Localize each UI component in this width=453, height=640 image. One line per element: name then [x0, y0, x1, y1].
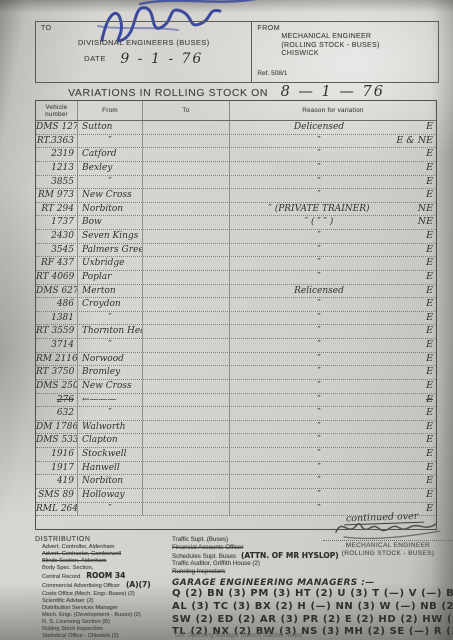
from-location: Walworth [78, 421, 143, 434]
reason-cell: ″ (PRIVATE TRAINER)NE [230, 203, 436, 216]
variation-code: E [426, 462, 433, 475]
table-row: DMS 627MertonRelicensedE [36, 285, 436, 299]
to-location [143, 407, 230, 420]
distribution-item-text: Blinds Section, Aldenham [42, 558, 107, 564]
variations-table: Vehicle number From To Reason for variat… [35, 100, 437, 530]
distribution-item: Commercial Advertising Officer(A)(7) [35, 581, 177, 590]
distribution-item: Statistical Office - Chiswick (2) [35, 633, 177, 640]
to-location [143, 298, 230, 311]
vehicle-number: DMS 533 [36, 434, 78, 447]
to-recipient: DIVISIONAL ENGINEERS (BUSES) [41, 38, 246, 47]
to-location [143, 135, 230, 148]
to-location [143, 189, 230, 202]
garage-codes-line: Q (2) BN (3) PM (3) HT (2) U (3) T (—) V… [172, 588, 453, 601]
reason-text: ″ [230, 325, 408, 338]
variation-code: E [426, 434, 433, 447]
variation-code: E [426, 230, 433, 243]
recipient-item-text: Schedules Supt. Buses [172, 553, 236, 560]
recipient-item-text: Running Inspectors [172, 568, 225, 575]
table-row: 1213Bexley″E [36, 162, 436, 176]
garage-managers-heading: GARAGE ENGINEERING MANAGERS :— [172, 578, 453, 588]
to-section: TO DIVISIONAL ENGINEERS (BUSES) DATE 9 -… [36, 22, 252, 82]
recipient-item-text: Traffic Supt. (Buses) [172, 536, 228, 543]
reason-cell: ″E [230, 475, 436, 488]
vehicle-number: 1917 [36, 462, 78, 475]
from-location: Bromley [78, 366, 143, 379]
from-location: ″ [78, 503, 143, 516]
reason-cell: ″E [230, 271, 436, 284]
reason-text: ″ [230, 489, 408, 502]
reason-cell: ″E [230, 148, 436, 161]
from-location: CHISWICK [281, 50, 433, 59]
to-label: TO [41, 25, 246, 32]
from-location: ″ [78, 312, 143, 325]
variation-code: E [426, 448, 433, 461]
reason-cell: ″E [230, 257, 436, 270]
distribution-item: Costs Office (Mech. Engr.-Buses) (2) [35, 591, 177, 598]
reason-cell: ″E [230, 230, 436, 243]
to-location [143, 489, 230, 502]
distribution-item-text: Rolling Stock Inspection [42, 626, 103, 632]
recipient-item: Traffic Auditor, Griffith House (2) [172, 560, 453, 568]
recipient-item-text: Financial Accounts Officer [172, 544, 243, 551]
handwritten-annotation: ROOM 34 [86, 571, 125, 580]
to-location [143, 271, 230, 284]
distribution-item-text: Advert. Controller, Aldenham [42, 544, 114, 550]
table-row: 1917Hanwell″E [36, 462, 436, 476]
reason-cell: ″E [230, 353, 436, 366]
table-row: RF 437Uxbridge″E [36, 257, 436, 271]
from-location: Sutton [78, 121, 143, 134]
table-row: RM 2116Norwood″E [36, 353, 436, 367]
vehicle-number: 3545 [36, 244, 78, 257]
reason-cell: ″E [230, 298, 436, 311]
from-location: ″ [78, 407, 143, 420]
reason-text: ″ ( ″ ″ ) [230, 216, 408, 229]
vehicle-number: 1213 [36, 162, 78, 175]
variation-code: E [426, 121, 433, 134]
variation-code: E [426, 148, 433, 161]
signatory-line2: (ROLLING STOCK - BUSES) [323, 550, 453, 558]
vehicle-number: DMS 1272 [36, 121, 78, 134]
column-header-to: To [143, 101, 230, 120]
from-location: ″ [78, 135, 143, 148]
table-row: RT 3559Thornton Heath″E [36, 325, 436, 339]
vehicle-number: 632 [36, 407, 78, 420]
reason-text: ″ [230, 353, 408, 366]
table-row: 1737Bow″ ( ″ ″ )NE [36, 216, 436, 230]
variation-code: E [426, 394, 433, 407]
to-location [143, 475, 230, 488]
variation-code: E [426, 366, 433, 379]
column-header-vehicle: Vehicle number [36, 101, 78, 120]
column-header-from: From [78, 101, 143, 120]
date-row: DATE 9 - 1 - 76 [41, 50, 246, 68]
reason-text: ″ [230, 380, 408, 393]
vehicle-number: 486 [36, 298, 78, 311]
distribution-item: Scientific Adviser (2) [35, 598, 177, 605]
variation-code: E & NE [396, 135, 433, 148]
distribution-list: DISTRIBUTION Advert. Controller, Aldenha… [35, 536, 177, 640]
reason-text: ″ [230, 244, 408, 257]
reason-text: ″ [230, 189, 408, 202]
from-location: Stockwell [78, 448, 143, 461]
reason-cell: ″E [230, 366, 436, 379]
scanned-document-page: TO DIVISIONAL ENGINEERS (BUSES) DATE 9 -… [0, 0, 453, 640]
table-row: 3545Palmers Green″E [36, 244, 436, 258]
from-location: Uxbridge [78, 257, 143, 270]
date-label: DATE [84, 54, 106, 63]
variation-code: E [426, 407, 433, 420]
table-row: DM 1786Walworth″E [36, 421, 436, 435]
table-row: 276←———″E [36, 394, 436, 408]
variation-code: E [426, 475, 433, 488]
to-location [143, 366, 230, 379]
to-location [143, 448, 230, 461]
table-row: DMS 533Clapton″E [36, 434, 436, 448]
reason-text: ″ [230, 176, 408, 189]
variation-code: E [426, 353, 433, 366]
to-location [143, 176, 230, 189]
from-dept: (ROLLING STOCK - BUSES) [281, 42, 433, 51]
reason-cell: ″E [230, 189, 436, 202]
vehicle-number: RM 973 [36, 189, 78, 202]
to-location [143, 216, 230, 229]
from-location: ″ [78, 176, 143, 189]
reason-cell: ″E [230, 462, 436, 475]
table-row: 3855″″E [36, 176, 436, 190]
reason-text: ″ [230, 448, 408, 461]
table-row: DMS 250New Cross″E [36, 380, 436, 394]
vehicle-number: 2319 [36, 148, 78, 161]
from-location: Croydon [78, 298, 143, 311]
reason-cell: ″E [230, 339, 436, 352]
reason-text: Delicensed [230, 121, 408, 134]
to-location [143, 325, 230, 338]
table-row: RT 294Norbiton″ (PRIVATE TRAINER)NE [36, 203, 436, 217]
from-section: FROM MECHANICAL ENGINEER (ROLLING STOCK … [252, 22, 438, 82]
reason-cell: ″E & NE [230, 135, 436, 148]
form-title-label: VARIATIONS IN ROLLING STOCK ON [68, 87, 268, 99]
column-header-reason: Reason for variation [230, 101, 436, 120]
vehicle-number: RT 3750 [36, 366, 78, 379]
table-row: 2319Catford″E [36, 148, 436, 162]
from-location: Clapton [78, 434, 143, 447]
recipient-item-text: Traffic Auditor, Griffith House (2) [172, 560, 260, 567]
distribution-item-text: Mech. Engr. (Development - Buses) (2) [42, 612, 141, 618]
vehicle-number: DMS 250 [36, 380, 78, 393]
distribution-item: R. S. Licensing Section (B) [35, 619, 177, 626]
table-row: 486Croydon″E [36, 298, 436, 312]
reason-text: ″ [230, 394, 408, 407]
distribution-item-text: Scientific Adviser (2) [42, 598, 94, 604]
reason-text: Relicensed [230, 285, 408, 298]
reason-text: ″ [230, 135, 408, 148]
vehicle-number: 419 [36, 475, 78, 488]
vehicle-number: RT 4069 [36, 271, 78, 284]
variation-code: E [426, 176, 433, 189]
from-location: Bexley [78, 162, 143, 175]
distribution-item-text: Advert. Contractor, Camberwell [42, 551, 121, 557]
vehicle-number: RT 294 [36, 203, 78, 216]
from-location: Poplar [78, 271, 143, 284]
reason-text: ″ [230, 257, 408, 270]
distribution-item-text: Statistical Office - Chiswick (2) [42, 633, 119, 639]
vehicle-number: SMS 89 [36, 489, 78, 502]
vehicle-number: 2430 [36, 230, 78, 243]
garage-codes-line: SW (2) ED (2) AR (3) PR (2) E (2) HD (2)… [172, 614, 453, 627]
variation-code: E [426, 244, 433, 257]
from-location: Thornton Heath [78, 325, 143, 338]
to-location [143, 257, 230, 270]
table-row: 419Norbiton″E [36, 475, 436, 489]
from-location: New Cross [78, 189, 143, 202]
reason-text: ″ [230, 162, 408, 175]
reason-cell: RelicensedE [230, 285, 436, 298]
reason-text: ″ [230, 298, 408, 311]
reason-text: ″ [230, 462, 408, 475]
variation-code: E [426, 162, 433, 175]
from-location: Norbiton [78, 475, 143, 488]
distribution-title: DISTRIBUTION [35, 536, 177, 543]
variation-code: E [426, 489, 433, 502]
table-row: 2430Seven Kings″E [36, 230, 436, 244]
reason-cell: ″ ( ″ ″ )NE [230, 216, 436, 229]
to-location [143, 462, 230, 475]
table-row: SMS 89Holloway″E [36, 489, 436, 503]
from-location: ←——— [78, 394, 143, 407]
variation-code: E [426, 380, 433, 393]
from-location: Norbiton [78, 203, 143, 216]
distribution-item-text: R. S. Licensing Section (B) [42, 619, 110, 625]
from-location: New Cross [78, 380, 143, 393]
form-title: VARIATIONS IN ROLLING STOCK ON 8 — 1 — 7… [0, 83, 453, 101]
variation-code: E [426, 325, 433, 338]
table-row: 1916Stockwell″E [36, 448, 436, 462]
table-row: RT.3363″″E & NE [36, 135, 436, 149]
from-location: Bow [78, 216, 143, 229]
ref-number: Ref. 508/1 [257, 70, 287, 77]
from-location: Catford [78, 148, 143, 161]
variation-code: E [426, 189, 433, 202]
garage-code-lines: Q (2) BN (3) PM (3) HT (2) U (3) T (—) V… [172, 588, 453, 639]
signature-scribble [328, 514, 448, 540]
vehicle-number: 3714 [36, 339, 78, 352]
to-location [143, 312, 230, 325]
reason-text: ″ [230, 339, 408, 352]
reason-text: ″ [230, 421, 408, 434]
from-location: Holloway [78, 489, 143, 502]
reason-text: ″ [230, 148, 408, 161]
variation-code: NE [418, 203, 433, 216]
form-title-date-handwritten: 8 — 1 — 76 [281, 84, 385, 100]
signature-block: MECHANICAL ENGINEER (ROLLING STOCK - BUS… [323, 514, 453, 558]
reason-cell: ″E [230, 162, 436, 175]
to-location [143, 230, 230, 243]
to-location [143, 434, 230, 447]
to-location [143, 162, 230, 175]
vehicle-number: RF 437 [36, 257, 78, 270]
distribution-item-text: Central Record [42, 574, 80, 580]
reason-text: ″ [230, 271, 408, 284]
reason-text: ″ [230, 407, 408, 420]
to-location [143, 339, 230, 352]
reason-cell: ″E [230, 407, 436, 420]
reason-cell: ″E [230, 394, 436, 407]
to-location [143, 203, 230, 216]
vehicle-number: RM 2116 [36, 353, 78, 366]
from-address: MECHANICAL ENGINEER (ROLLING STOCK - BUS… [281, 33, 433, 59]
handwritten-annotation: (A)(7) [126, 580, 151, 589]
vehicle-number: DMS 627 [36, 285, 78, 298]
date-value-handwritten: 9 - 1 - 76 [120, 51, 203, 67]
table-row: RM 973New Cross″E [36, 189, 436, 203]
variation-code: E [426, 339, 433, 352]
vehicle-number: 3855 [36, 176, 78, 189]
reason-text: ″ [230, 312, 408, 325]
variation-code: E [426, 312, 433, 325]
distribution-item-text: Commercial Advertising Officer [42, 583, 120, 589]
variation-code: E [426, 257, 433, 270]
from-location: Seven Kings [78, 230, 143, 243]
address-box: TO DIVISIONAL ENGINEERS (BUSES) DATE 9 -… [35, 21, 439, 83]
to-location [143, 380, 230, 393]
vehicle-number: 1916 [36, 448, 78, 461]
table-row: 3714″″E [36, 339, 436, 353]
reason-text: ″ [230, 475, 408, 488]
reason-cell: ″E [230, 176, 436, 189]
reason-cell: ″E [230, 380, 436, 393]
from-location: Hanwell [78, 462, 143, 475]
vehicle-number: 1737 [36, 216, 78, 229]
table-body: DMS 1272SuttonDelicensedERT.3363″″E & NE… [36, 121, 436, 516]
from-location: Merton [78, 285, 143, 298]
to-location [143, 148, 230, 161]
reason-text: ″ (PRIVATE TRAINER) [230, 203, 408, 216]
table-header-row: Vehicle number From To Reason for variat… [36, 101, 436, 121]
reason-cell: ″E [230, 434, 436, 447]
reason-cell: ″E [230, 448, 436, 461]
variation-code: E [426, 421, 433, 434]
reason-cell: DelicensedE [230, 121, 436, 134]
table-row: DMS 1272SuttonDelicensedE [36, 121, 436, 135]
recipient-item: Running Inspectors [172, 568, 453, 576]
signatory-line1: MECHANICAL ENGINEER [323, 542, 453, 550]
reason-text: ″ [230, 434, 408, 447]
vehicle-number: 1381 [36, 312, 78, 325]
variation-code: E [426, 271, 433, 284]
table-row: RT 4069Poplar″E [36, 271, 436, 285]
distribution-item: Distribution Services Manager [35, 605, 177, 612]
garage-codes-line: AL (3) TC (3) BX (2) H (—) NN (3) W (—) … [172, 601, 453, 614]
distribution-item-text: Costs Office (Mech. Engr.-Buses) (2) [42, 591, 135, 597]
variation-code: E [426, 285, 433, 298]
vehicle-number: DM 1786 [36, 421, 78, 434]
distribution-items: Advert. Controller, AldenhamAdvert. Cont… [35, 544, 177, 640]
bottom-note: Del. Operating Manager (Buses) Marrion H… [175, 633, 302, 639]
reason-text: ″ [230, 230, 408, 243]
distribution-item-text: Distribution Services Manager [42, 605, 118, 611]
reason-cell: ″E [230, 325, 436, 338]
from-location: Palmers Green [78, 244, 143, 257]
table-row: 632″″E [36, 407, 436, 421]
to-location [143, 121, 230, 134]
reason-cell: ″E [230, 421, 436, 434]
from-name: MECHANICAL ENGINEER [281, 33, 433, 42]
signatory-title: MECHANICAL ENGINEER (ROLLING STOCK - BUS… [323, 540, 453, 558]
variation-code: NE [418, 216, 433, 229]
distribution-item-text: Body Spec. Section, [42, 565, 93, 571]
to-location [143, 285, 230, 298]
to-location [143, 353, 230, 366]
to-location [143, 421, 230, 434]
from-location: Norwood [78, 353, 143, 366]
vehicle-number: 276 [36, 394, 78, 407]
variation-code: E [426, 298, 433, 311]
to-location [143, 244, 230, 257]
reason-cell: ″E [230, 244, 436, 257]
from-location: ″ [78, 339, 143, 352]
vehicle-number: RML 2647 [36, 503, 78, 516]
distribution-item: Central RecordROOM 34 [35, 572, 177, 581]
table-row: RT 3750Bromley″E [36, 366, 436, 380]
distribution-item: Mech. Engr. (Development - Buses) (2) [35, 612, 177, 619]
to-location [143, 503, 230, 516]
vehicle-number: RT 3559 [36, 325, 78, 338]
reason-text: ″ [230, 366, 408, 379]
footer-area: DISTRIBUTION Advert. Controller, Aldenha… [35, 536, 453, 640]
to-location [143, 394, 230, 407]
reason-cell: ″E [230, 312, 436, 325]
table-row: 1381″″E [36, 312, 436, 326]
reason-cell: ″E [230, 489, 436, 502]
from-label: FROM [257, 25, 433, 32]
vehicle-number: RT.3363 [36, 135, 78, 148]
